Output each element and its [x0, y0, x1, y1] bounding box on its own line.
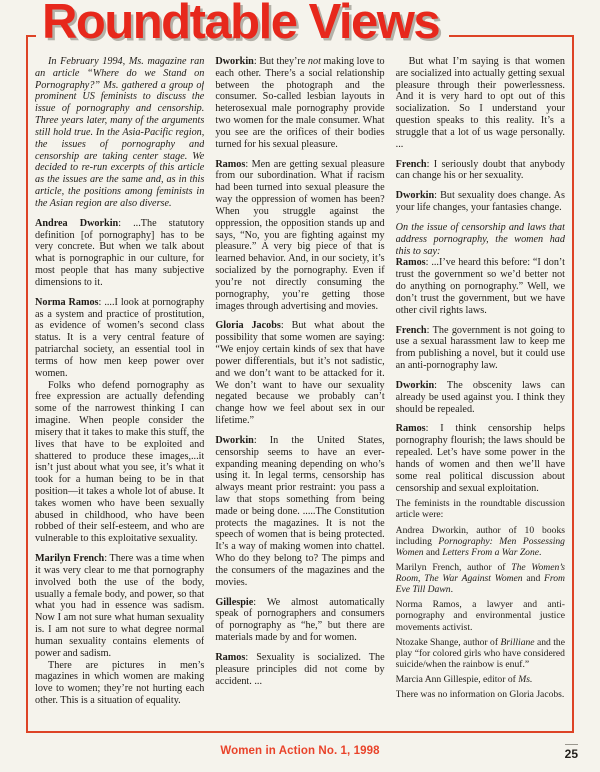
text-segment: Brilliane — [500, 637, 534, 648]
paragraph: Ntozake Shange, author of Brilliane and … — [396, 637, 565, 670]
paragraph: Dworkin: But sexuality does change. As y… — [396, 190, 565, 214]
text-segment: Norma Ramos, a lawyer and anti-pornograp… — [396, 599, 565, 632]
speaker-name: Gillespie — [215, 597, 253, 608]
text-segment: Ms. — [518, 674, 532, 685]
text-segment: . — [539, 547, 541, 558]
paragraph: Ramos: I think censorship helps pornogra… — [396, 423, 565, 494]
text-segment: There was no information on Gloria Jacob… — [396, 689, 565, 700]
paragraph: Dworkin: But they’re not making love to … — [215, 56, 384, 151]
paragraph: In February 1994, Ms. magazine ran an ar… — [35, 56, 204, 210]
speaker-name: Andrea Dworkin — [35, 218, 118, 229]
text-segment: Marcia Ann Gillespie, editor of — [396, 674, 519, 685]
paragraph: Ramos: Sexuality is socialized. The plea… — [215, 652, 384, 687]
paragraph: Marcia Ann Gillespie, editor of Ms. — [396, 674, 565, 685]
paragraph: But what I’m saying is that women are so… — [396, 56, 565, 151]
text-segment: and — [424, 547, 443, 558]
paragraph: Norma Ramos: ....I look at pornography a… — [35, 297, 204, 380]
paragraph: French: The government is not going to u… — [396, 325, 565, 372]
speaker-name: French — [396, 159, 427, 170]
text-column-2: Dworkin: But they’re not making love to … — [215, 56, 384, 723]
paragraph: Gillespie: We almost automatically speak… — [215, 597, 384, 644]
text-segment: making love to each other. There’s a soc… — [215, 56, 384, 150]
speaker-name: Marilyn French — [35, 553, 104, 564]
speaker-name: Dworkin — [215, 56, 254, 67]
paragraph: Marilyn French, author of The Women’s Ro… — [396, 562, 565, 595]
text-segment: Men are getting sexual pleasure from our… — [215, 159, 384, 312]
paragraph: Andrea Dworkin, author of 10 books inclu… — [396, 525, 565, 558]
paragraph: Ramos: ...I’ve heard this before: “I don… — [396, 257, 565, 316]
text-segment: But what I’m saying is that women are so… — [396, 56, 565, 150]
speaker-name: Dworkin — [396, 380, 435, 391]
paragraph: On the issue of censorship and laws that… — [396, 222, 565, 257]
speaker-name: Norma Ramos — [35, 297, 99, 308]
paragraph: Dworkin: The obscenity laws can already … — [396, 380, 565, 415]
article-body: In February 1994, Ms. magazine ran an ar… — [26, 37, 574, 729]
page-title: Roundtable Views — [36, 0, 449, 48]
text-segment: . — [451, 584, 453, 595]
text-segment: Letters From a War Zone — [442, 547, 539, 558]
text-segment: But what about the possibility that some… — [215, 320, 384, 426]
text-segment: Folks who defend pornography as free exp… — [35, 380, 204, 545]
paragraph: Norma Ramos, a lawyer and anti-pornograp… — [396, 599, 565, 632]
text-segment: In February 1994, Ms. magazine ran an ar… — [35, 56, 204, 209]
speaker-name: Ramos — [215, 652, 245, 663]
speaker-name: Gloria Jacobs — [215, 320, 281, 331]
page-number: 25 — [565, 744, 578, 761]
paragraph: Marilyn French: There was a time when it… — [35, 553, 204, 659]
paragraph: There are pictures in men’s magazines in… — [35, 660, 204, 707]
speaker-name: Ramos — [396, 423, 426, 434]
text-segment: Ntozake Shange, author of — [396, 637, 501, 648]
text-segment: ....I look at pornography as a system an… — [35, 297, 204, 379]
text-segment: But they’re — [259, 56, 308, 67]
speaker-name: Ramos — [215, 159, 245, 170]
text-column-1: In February 1994, Ms. magazine ran an ar… — [35, 56, 204, 723]
paragraph: There was no information on Gloria Jacob… — [396, 689, 565, 700]
text-segment: There are pictures in men’s magazines in… — [35, 660, 204, 706]
paragraph: French: I seriously doubt that anybody c… — [396, 159, 565, 183]
text-segment: not — [308, 56, 321, 67]
speaker-name: Dworkin — [396, 190, 435, 201]
text-segment: The War Against Women — [424, 573, 522, 584]
paragraph: Folks who defend pornography as free exp… — [35, 380, 204, 546]
paragraph: Andrea Dworkin: ...The statutory definit… — [35, 218, 204, 289]
speaker-name: Dworkin — [215, 435, 254, 446]
paragraph: Gloria Jacobs: But what about the possib… — [215, 320, 384, 426]
text-segment: Marilyn French, author of — [396, 562, 512, 573]
paragraph: Ramos: Men are getting sexual pleasure f… — [215, 159, 384, 313]
text-segment: There was a time when it was very clear … — [35, 553, 204, 659]
footer-journal-title: Women in Action No. 1, 1998 — [26, 745, 574, 757]
speaker-name: French — [396, 325, 427, 336]
paragraph: Dworkin: In the United States, censorshi… — [215, 435, 384, 589]
speaker-name: Ramos — [396, 257, 426, 268]
text-segment: and — [523, 573, 544, 584]
paragraph: The feminists in the roundtable discussi… — [396, 498, 565, 520]
text-segment: The feminists in the roundtable discussi… — [396, 498, 565, 520]
text-segment: On the issue of censorship and laws that… — [396, 222, 565, 257]
text-column-3: But what I’m saying is that women are so… — [396, 56, 565, 723]
text-segment: In the United States, censorship seems t… — [215, 435, 384, 588]
